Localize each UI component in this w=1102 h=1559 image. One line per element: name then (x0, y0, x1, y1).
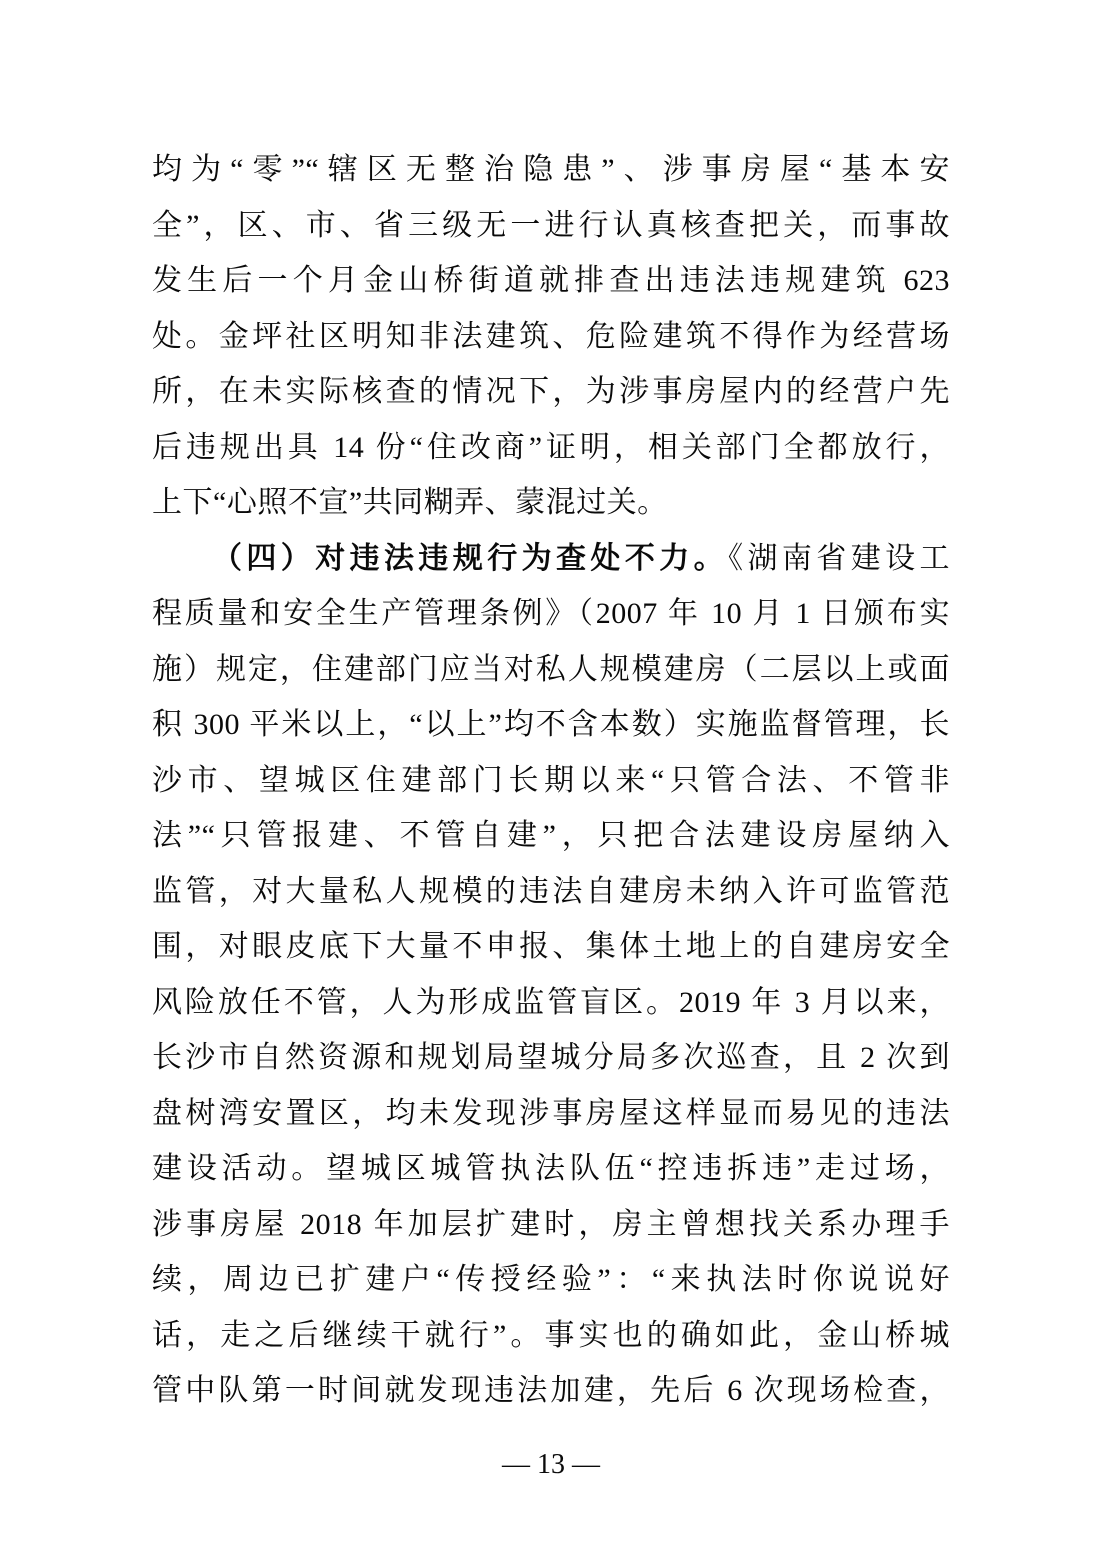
text-line: 法”“只管报建、不管自建”，只把合法建设房屋纳入 (152, 808, 950, 864)
text-line: 后违规出具 14 份“住改商”证明，相关部门全都放行， (152, 420, 950, 476)
paragraph-end-line: 上下“心照不宣”共同糊弄、蒙混过关。 (152, 475, 950, 531)
text-line: 程质量和安全生产管理条例》（2007 年 10 月 1 日颁布实 (152, 586, 950, 642)
heading-rest-text: 《湖南省建设工 (728, 542, 950, 575)
text-line: 处。金坪社区明知非法建筑、危险建筑不得作为经营场 (152, 309, 950, 365)
text-line: 围，对眼皮底下大量不申报、集体土地上的自建房安全 (152, 919, 950, 975)
text-line: 话，走之后继续干就行”。事实也的确如此，金山桥城 (152, 1308, 950, 1364)
text-line: 所，在未实际核查的情况下，为涉事房屋内的经营户先 (152, 364, 950, 420)
text-line: 沙市、望城区住建部门长期以来“只管合法、不管非 (152, 753, 950, 809)
page-number: — 13 — (502, 1449, 600, 1480)
document-page: 均为“零”“辖区无整治隐患”、涉事房屋“基本安 全”，区、市、省三级无一进行认真… (0, 0, 1102, 1559)
text-line: 建设活动。望城区城管执法队伍“控违拆违”走过场， (152, 1141, 950, 1197)
text-line: 长沙市自然资源和规划局望城分局多次巡查，且 2 次到 (152, 1030, 950, 1086)
text-line: 积 300 平米以上，“以上”均不含本数）实施监督管理，长 (152, 697, 950, 753)
text-line: 均为“零”“辖区无整治隐患”、涉事房屋“基本安 (152, 142, 950, 198)
paragraph-heading-line: （四）对违法违规行为查处不力。《湖南省建设工 (152, 531, 950, 587)
page-footer: — 13 — (0, 1448, 1102, 1482)
text-line: 续，周边已扩建户“传授经验”：“来执法时你说说好 (152, 1252, 950, 1308)
text-line: 管中队第一时间就发现违法加建，先后 6 次现场检查， (152, 1363, 950, 1419)
section-heading: （四）对违法违规行为查处不力。 (212, 542, 728, 575)
text-line: 监管，对大量私人规模的违法自建房未纳入许可监管范 (152, 864, 950, 920)
text-line: 施）规定，住建部门应当对私人规模建房（二层以上或面 (152, 642, 950, 698)
text-line: 发生后一个月金山桥街道就排查出违法违规建筑 623 (152, 253, 950, 309)
text-line: 全”，区、市、省三级无一进行认真核查把关，而事故 (152, 198, 950, 254)
text-line: 风险放任不管，人为形成监管盲区。2019 年 3 月以来， (152, 975, 950, 1031)
text-line: 涉事房屋 2018 年加层扩建时，房主曾想找关系办理手 (152, 1197, 950, 1253)
text-line: 盘树湾安置区，均未发现涉事房屋这样显而易见的违法 (152, 1086, 950, 1142)
page-body: 均为“零”“辖区无整治隐患”、涉事房屋“基本安 全”，区、市、省三级无一进行认真… (152, 142, 950, 1419)
